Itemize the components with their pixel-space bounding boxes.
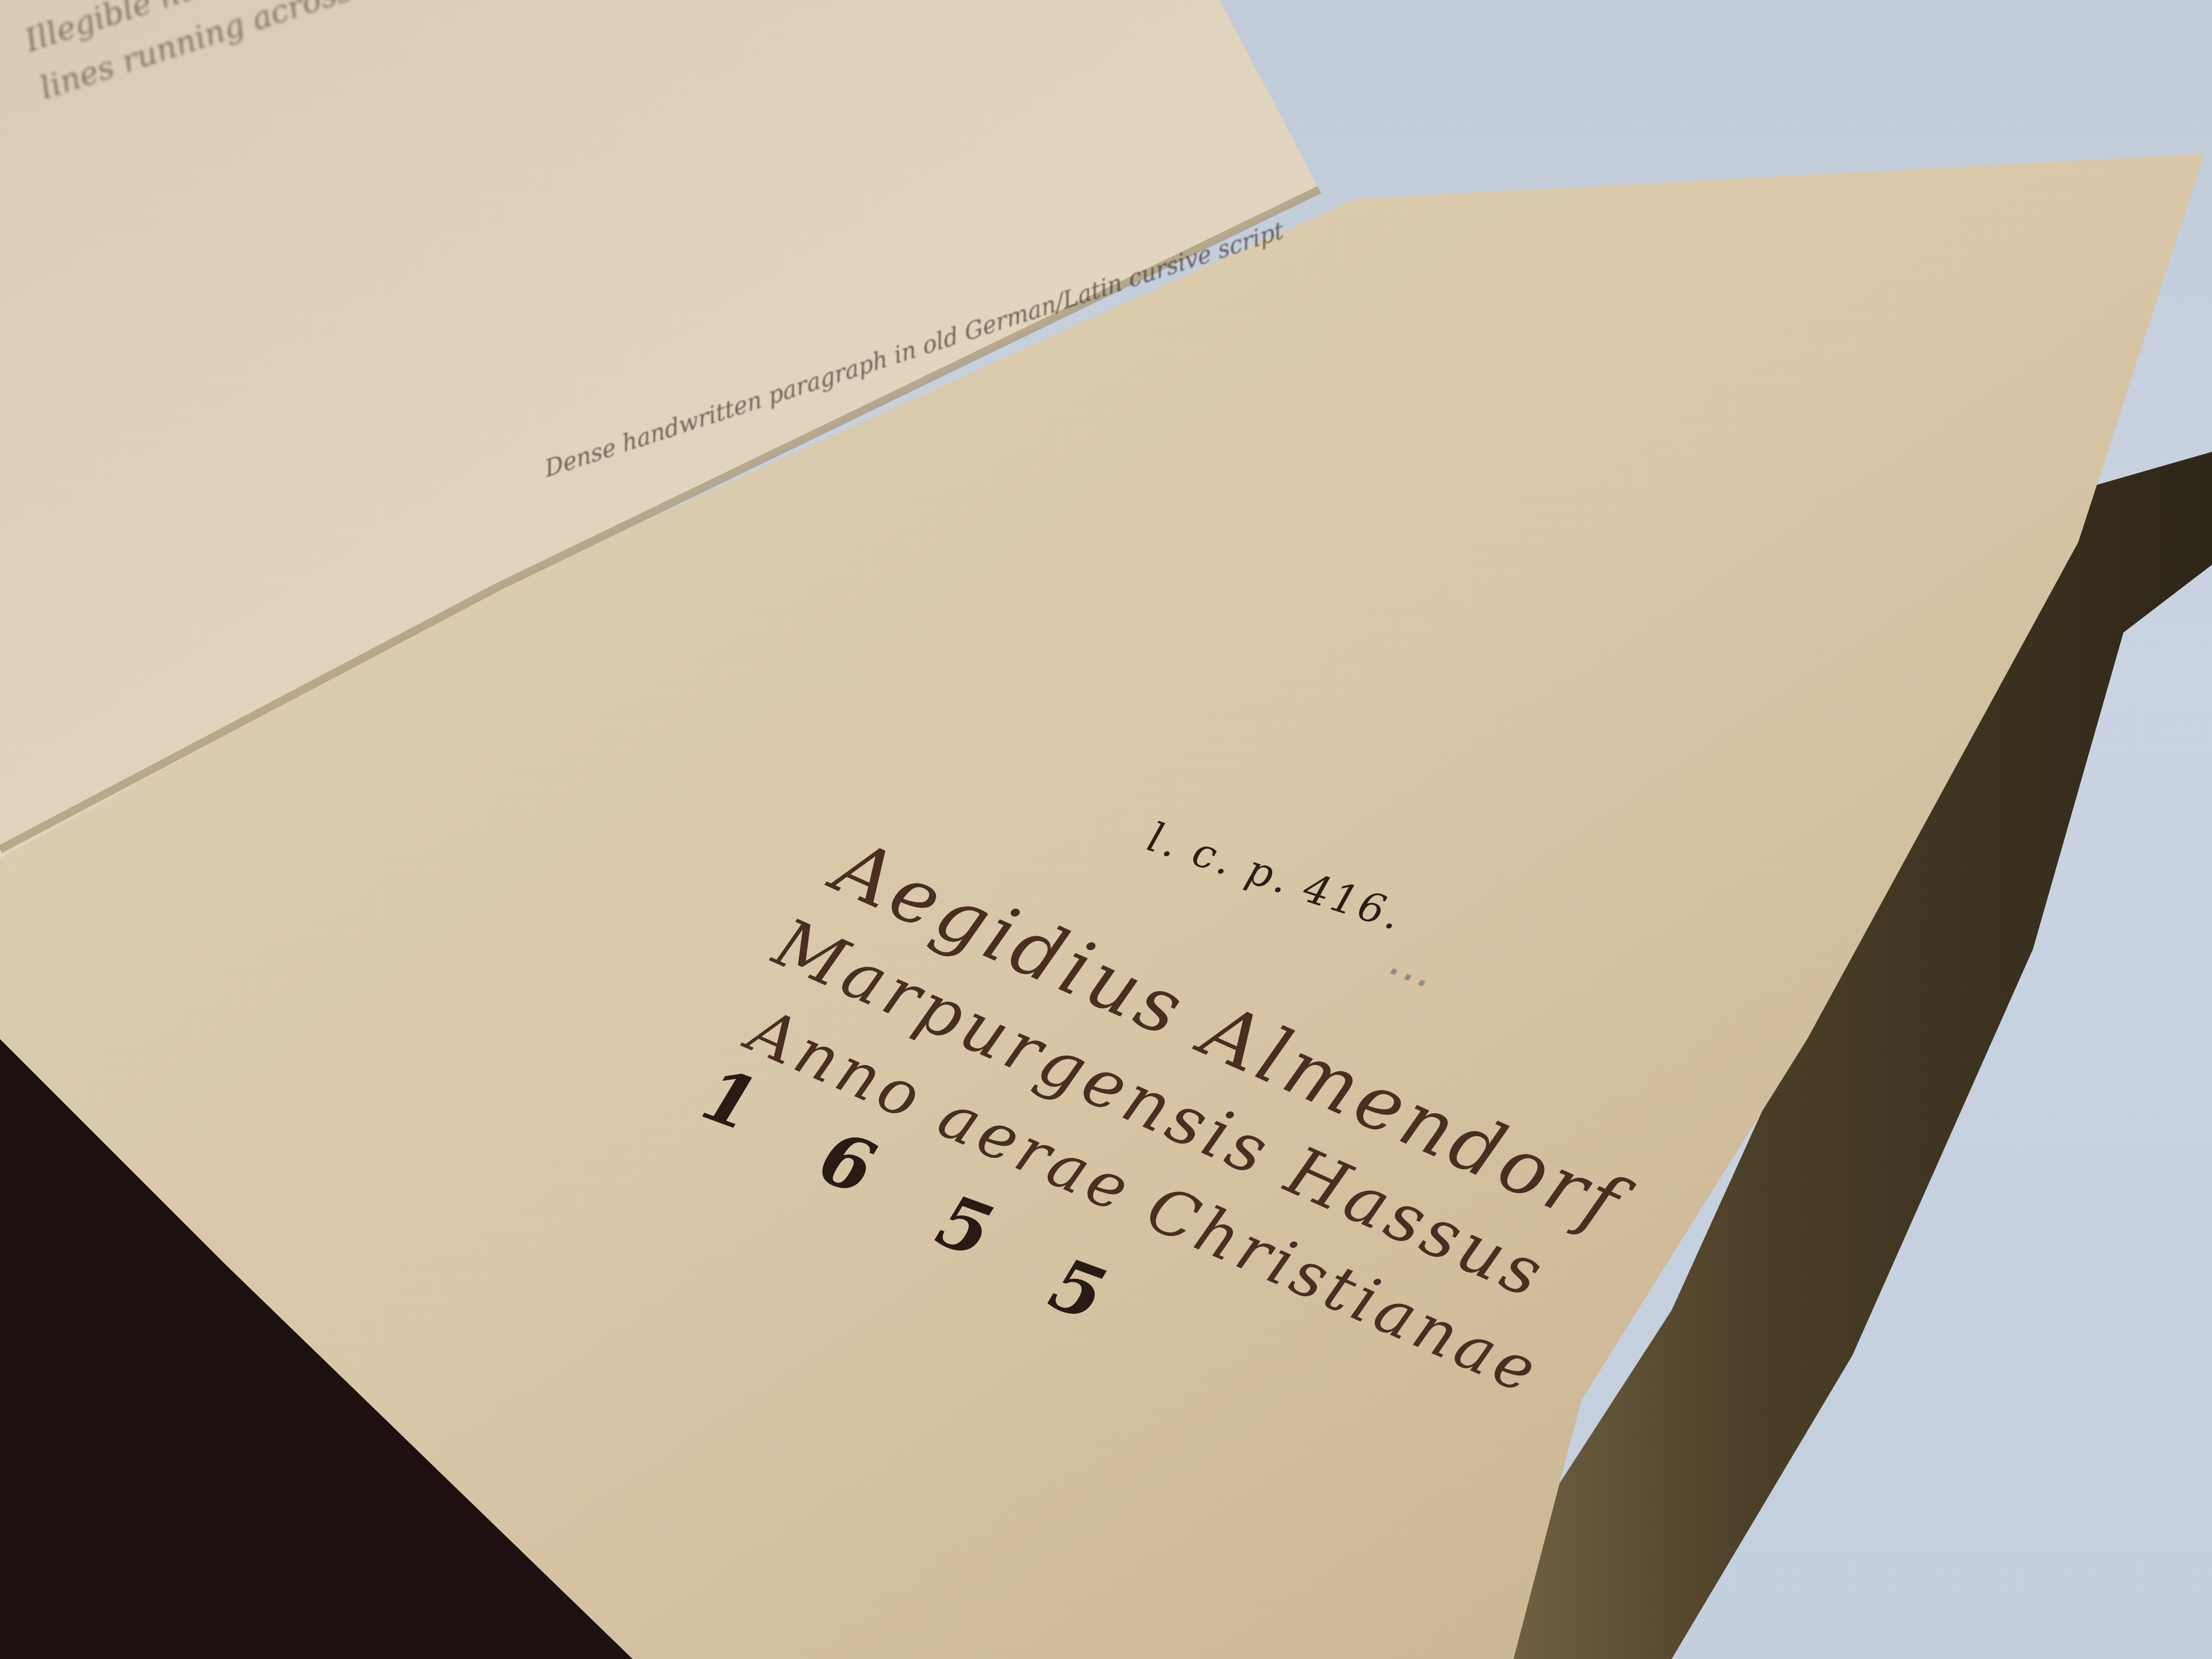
manuscript-photo: Illegible handwritten script in an old G… [0,0,2212,1659]
